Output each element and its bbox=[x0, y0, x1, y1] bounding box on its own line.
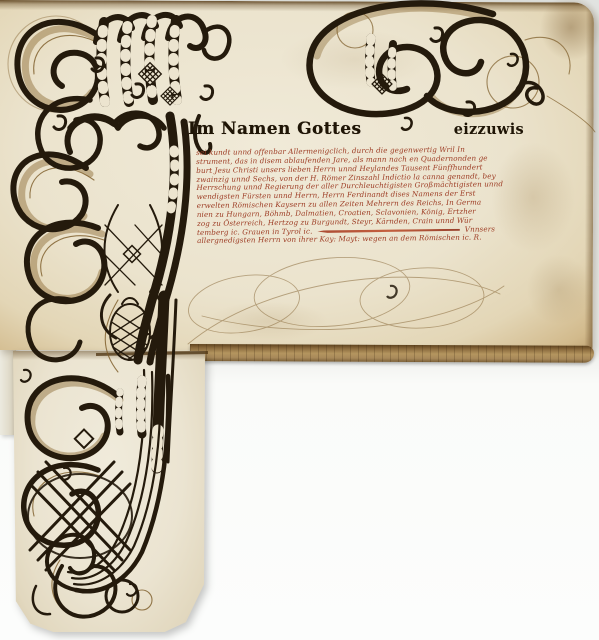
page-stain bbox=[540, 0, 599, 61]
under-page-edge bbox=[0, 347, 16, 435]
text-line: Vnnsers bbox=[465, 225, 495, 234]
manuscript-page bbox=[0, 0, 594, 353]
page-stain bbox=[209, 301, 329, 342]
text-line: temberg ic. Grauen in Tyrol ic. bbox=[197, 227, 313, 237]
red-pen-dash-icon bbox=[317, 228, 459, 233]
faint-pen-loops-icon bbox=[182, 246, 512, 358]
text-line: zwainzig unnd Sechs, von der H. Römer Zi… bbox=[196, 172, 494, 184]
page-stain bbox=[280, 29, 430, 90]
fold-ink-streak bbox=[96, 351, 208, 355]
page-stain bbox=[527, 254, 591, 324]
calligraphic-ornament-top-right-icon bbox=[285, 0, 599, 140]
text-line: wendigsten Fürsten unnd Herrn, Herrn Fer… bbox=[197, 190, 495, 202]
dedication-text: sei kundt unnd offenbar Allermenigclich,… bbox=[196, 145, 495, 246]
page-stain bbox=[491, 142, 575, 252]
text-line: allergnedigsten Herrn von ihrer Kay: May… bbox=[197, 234, 495, 246]
text-line: nien zu Hungarn, Böhmb, Dalmatien, Croat… bbox=[197, 207, 495, 219]
text-line-with-dash: temberg ic. Grauen in Tyrol ic. Vnnsers bbox=[197, 225, 495, 237]
text-line: strument, das in disem ablaufenden Jare,… bbox=[196, 154, 494, 166]
unfolded-flap bbox=[13, 351, 205, 632]
heading-side-note: eizzuwis bbox=[454, 121, 524, 138]
calligraphic-ornament-left-icon bbox=[0, 0, 240, 632]
heading-row: Im Namen Gottes eizzuwis bbox=[188, 119, 524, 139]
heading-in-gods-name: Im Namen Gottes bbox=[188, 119, 361, 139]
text-line: erwelten Römischen Kaysern zu allen Zeit… bbox=[197, 198, 495, 210]
fold-crease bbox=[13, 351, 205, 360]
book-fore-edge bbox=[190, 344, 594, 363]
manuscript-photo: Im Namen Gottes eizzuwis sei kundt unnd … bbox=[0, 0, 599, 640]
text-line: Herrschung unnd Regierung der aller Durc… bbox=[196, 181, 494, 193]
text-line: burt Jesu Christi unsers lieben Herrn un… bbox=[196, 163, 494, 175]
text-line: zog zu Österreich, Hertzog zu Burgundt, … bbox=[197, 216, 495, 228]
text-line: sei kundt unnd offenbar Allermenigclich,… bbox=[196, 145, 494, 157]
